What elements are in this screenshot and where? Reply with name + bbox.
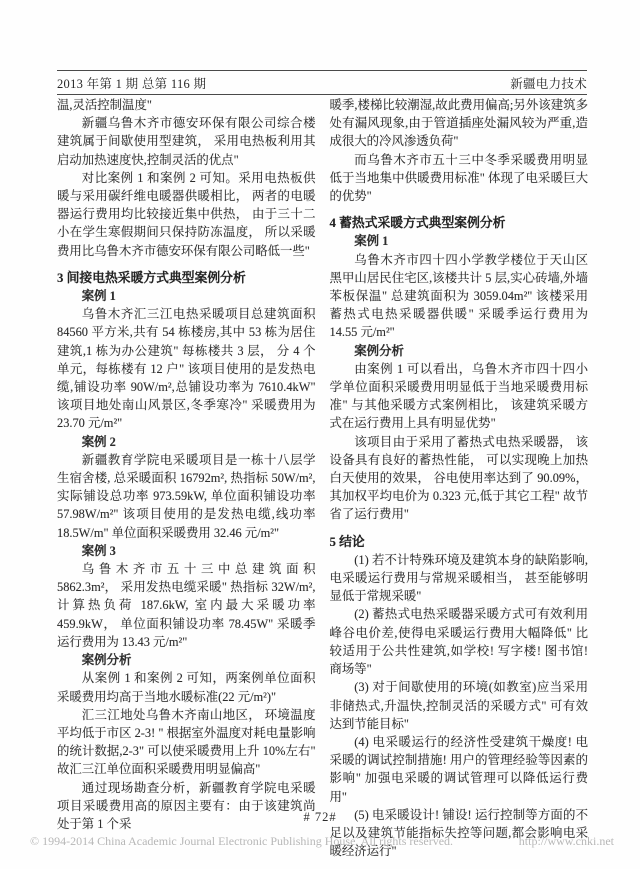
section-heading-4: 4 蓄热式采暖方式典型案例分析 [330,214,589,232]
conclusion-item: (2) 蓄热式电热采暖器采暖方式可有效利用峰谷电价差,使得电采暖运行费用大幅降低… [330,605,589,678]
watermark-text: © 1994-2014 China Academic Journal Elect… [30,834,453,849]
paragraph: 温,灵活控制温度" [57,96,316,114]
cnki-watermark: © 1994-2014 China Academic Journal Elect… [30,834,614,849]
watermark-url: http://www.cnki.net [519,834,614,849]
paragraph: 乌鲁木齐汇三江电热采暖项目总建筑面积 84560 平方米,共有 54 栋楼房,其… [57,305,316,432]
article-body: 温,灵活控制温度" 新疆乌鲁木齐市德安环保有限公司综合楼建筑属于间歇使用型建筑，… [57,96,588,860]
case-subheading: 案例 1 [330,232,589,250]
paragraph: 而乌鲁木齐市五十三中冬季采暖费用明显低于当地集中供暖费用标准" 体现了电采暖巨大… [330,151,589,206]
section-heading-3: 3 间接电热采暖方式典型案例分析 [57,269,316,287]
paragraph: 从案例 1 和案例 2 可知，两案例单位面积采暖费用均高于当地水暖标准(22 元… [57,669,316,705]
conclusion-item: (1) 若不计特殊环境及建筑本身的缺陷影响,电采暖运行费用与常规采暖相当， 甚至… [330,551,589,606]
left-column: 温,灵活控制温度" 新疆乌鲁木齐市德安环保有限公司综合楼建筑属于间歇使用型建筑，… [57,96,316,860]
paragraph: 乌鲁木齐市五十三中总建筑面积 5862.3m²， 采用发热电缆采暖" 热指标 3… [57,560,316,651]
case-subheading: 案例 3 [57,542,316,560]
case-analysis-subheading: 案例分析 [330,342,589,360]
paragraph: 新疆教育学院电采暖项目是一栋十八层学生宿舍楼, 总采暖面积 16792m², 热… [57,451,316,542]
page-header: 2013 年第 1 期 总第 116 期 新疆电力技术 [57,70,587,95]
case-subheading: 案例 2 [57,433,316,451]
case-analysis-subheading: 案例分析 [57,651,316,669]
paragraph: 暖季,楼梯比较潮湿,故此费用偏高;另外该建筑多处有漏风现象,由于管道插座处漏风较… [330,96,589,151]
case-subheading: 案例 1 [57,287,316,305]
paragraph: 对比案例 1 和案例 2 可知。采用电热板供暖与采用碳纤维电暖器供暖相比， 两者… [57,169,316,260]
paragraph: 该项目由于采用了蓄热式电热采暖器， 该设备具有良好的蓄热性能， 可以实现晚上加热… [330,433,589,524]
journal-title: 新疆电力技术 [510,74,587,92]
paragraph: 新疆乌鲁木齐市德安环保有限公司综合楼建筑属于间歇使用型建筑， 采用电热板利用其启… [57,114,316,169]
issue-info: 2013 年第 1 期 总第 116 期 [57,74,206,92]
paragraph: 乌鲁木齐市四十四小学教学楼位于天山区黑甲山居民住宅区,该楼共计 5 层,实心砖墙… [330,251,589,342]
scanned-journal-page: 2013 年第 1 期 总第 116 期 新疆电力技术 温,灵活控制温度" 新疆… [0,0,640,869]
paragraph: 汇三江地处乌鲁木齐南山地区， 环境温度平均低于市区 2-3! " 根据室外温度对… [57,706,316,779]
paragraph: 由案例 1 可以看出，乌鲁木齐市四十四小学单位面积采暖费用明显低于当地采暖费用标… [330,360,589,433]
conclusion-item: (3) 对于间歇使用的环境(如教室)应当采用非储热式,升温快,控制灵活的采暖方式… [330,678,589,733]
conclusion-item: (4) 电采暖运行的经济性受建筑干燥度! 电采暖的调试控制措施! 用户的管理经验… [330,733,589,806]
right-column: 暖季,楼梯比较潮湿,故此费用偏高;另外该建筑多处有漏风现象,由于管道插座处漏风较… [330,96,589,860]
section-heading-5: 5 结论 [330,533,589,551]
page-number: # 72# [0,810,640,825]
